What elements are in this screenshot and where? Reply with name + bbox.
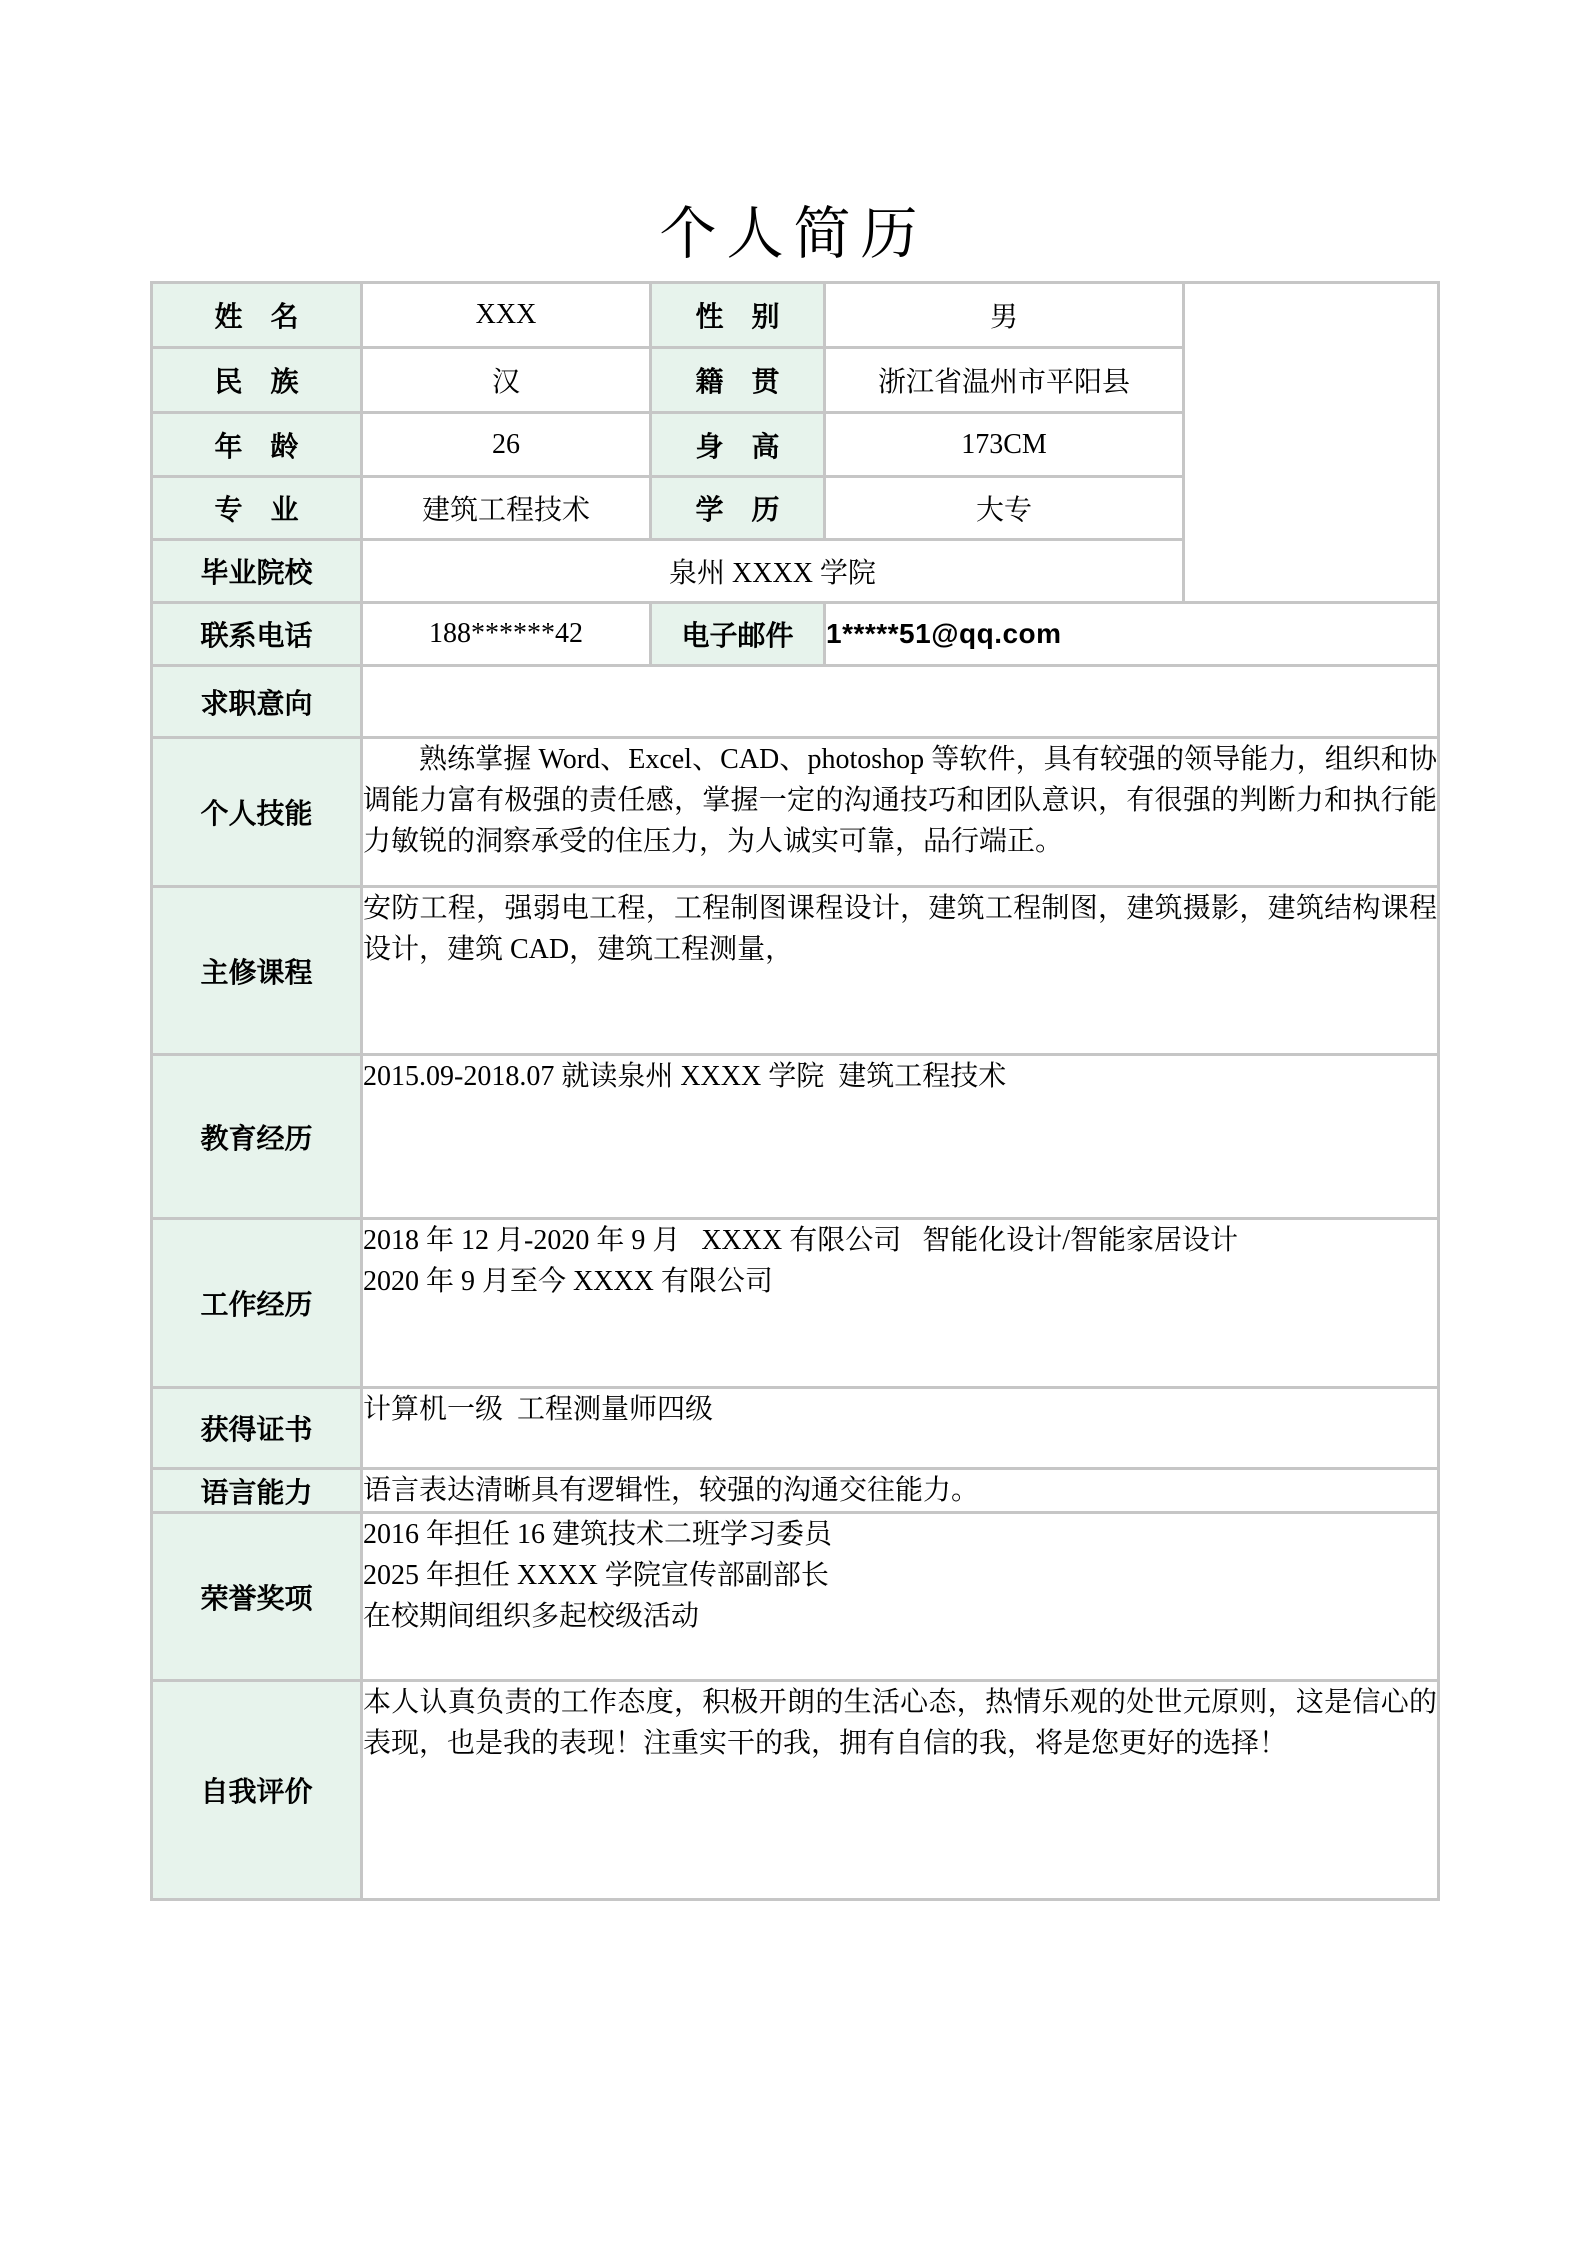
row-courses: 主修课程 安防工程，强弱电工程，工程制图课程设计，建筑工程制图，建筑摄影，建筑结… — [152, 887, 1439, 1055]
phone-label: 联系电话 — [152, 603, 362, 666]
resume-page: 个人简历 姓 名 XXX 性 别 男 民 族 汉 籍 贯 浙江省温州市平阳县 年… — [0, 0, 1587, 2245]
phone-value: 188******42 — [362, 603, 651, 666]
gender-value: 男 — [825, 283, 1184, 348]
email-value: 1*****51@qq.com — [825, 603, 1439, 666]
graduate-school-value: 泉州 XXXX 学院 — [362, 540, 1184, 603]
certificates-line: 计算机一级 工程测量师四级 — [363, 1389, 1437, 1430]
age-value: 26 — [362, 413, 651, 477]
work-line-2: 2020 年 9 月至今 XXXX 有限公司 — [363, 1261, 1437, 1302]
education-content: 2015.09-2018.07 就读泉州 XXXX 学院 建筑工程技术 — [362, 1055, 1439, 1219]
height-label: 身 高 — [651, 413, 825, 477]
education-level-label: 学 历 — [651, 477, 825, 540]
row-education: 教育经历 2015.09-2018.07 就读泉州 XXXX 学院 建筑工程技术 — [152, 1055, 1439, 1219]
major-label: 专 业 — [152, 477, 362, 540]
education-label: 教育经历 — [152, 1055, 362, 1219]
name-label: 姓 名 — [152, 283, 362, 348]
honors-line-1: 2016 年担任 16 建筑技术二班学习委员 — [363, 1514, 1437, 1555]
language-label: 语言能力 — [152, 1469, 362, 1513]
height-value: 173CM — [825, 413, 1184, 477]
work-line-1: 2018 年 12 月-2020 年 9 月 XXXX 有限公司 智能化设计/智… — [363, 1220, 1437, 1261]
graduate-school-label: 毕业院校 — [152, 540, 362, 603]
honors-line-3: 在校期间组织多起校级活动 — [363, 1596, 1437, 1637]
honors-label: 荣誉奖项 — [152, 1513, 362, 1681]
page-title: 个人简历 — [0, 188, 1587, 270]
row-skills: 个人技能 熟练掌握 Word、Excel、CAD、photoshop 等软件，具… — [152, 738, 1439, 887]
name-value: XXX — [362, 283, 651, 348]
self-evaluation-label: 自我评价 — [152, 1681, 362, 1900]
native-place-label: 籍 贯 — [651, 348, 825, 413]
ethnicity-label: 民 族 — [152, 348, 362, 413]
gender-label: 性 别 — [651, 283, 825, 348]
honors-content: 2016 年担任 16 建筑技术二班学习委员 2025 年担任 XXXX 学院宣… — [362, 1513, 1439, 1681]
row-phone-email: 联系电话 188******42 电子邮件 1*****51@qq.com — [152, 603, 1439, 666]
photo-placeholder-cell — [1184, 283, 1439, 603]
email-label: 电子邮件 — [651, 603, 825, 666]
language-content: 语言表达清晰具有逻辑性，较强的沟通交往能力。 — [362, 1469, 1439, 1513]
skills-paragraph: 熟练掌握 Word、Excel、CAD、photoshop 等软件，具有较强的领… — [363, 739, 1437, 862]
ethnicity-value: 汉 — [362, 348, 651, 413]
skills-label: 个人技能 — [152, 738, 362, 887]
row-honors: 荣誉奖项 2016 年担任 16 建筑技术二班学习委员 2025 年担任 XXX… — [152, 1513, 1439, 1681]
honors-line-2: 2025 年担任 XXXX 学院宣传部副部长 — [363, 1555, 1437, 1596]
courses-label: 主修课程 — [152, 887, 362, 1055]
courses-paragraph: 安防工程，强弱电工程，工程制图课程设计，建筑工程制图，建筑摄影，建筑结构课程设计… — [363, 888, 1437, 970]
certificates-content: 计算机一级 工程测量师四级 — [362, 1388, 1439, 1469]
row-language: 语言能力 语言表达清晰具有逻辑性，较强的沟通交往能力。 — [152, 1469, 1439, 1513]
major-value: 建筑工程技术 — [362, 477, 651, 540]
work-label: 工作经历 — [152, 1219, 362, 1388]
self-evaluation-paragraph: 本人认真负责的工作态度，积极开朗的生活心态，热情乐观的处世元原则，这是信心的表现… — [363, 1682, 1437, 1764]
education-line: 2015.09-2018.07 就读泉州 XXXX 学院 建筑工程技术 — [363, 1056, 1437, 1097]
self-evaluation-content: 本人认真负责的工作态度，积极开朗的生活心态，热情乐观的处世元原则，这是信心的表现… — [362, 1681, 1439, 1900]
row-work: 工作经历 2018 年 12 月-2020 年 9 月 XXXX 有限公司 智能… — [152, 1219, 1439, 1388]
row-name-gender: 姓 名 XXX 性 别 男 — [152, 283, 1439, 348]
resume-table: 姓 名 XXX 性 别 男 民 族 汉 籍 贯 浙江省温州市平阳县 年 龄 26… — [150, 281, 1440, 1901]
row-self-evaluation: 自我评价 本人认真负责的工作态度，积极开朗的生活心态，热情乐观的处世元原则，这是… — [152, 1681, 1439, 1900]
row-certificates: 获得证书 计算机一级 工程测量师四级 — [152, 1388, 1439, 1469]
work-content: 2018 年 12 月-2020 年 9 月 XXXX 有限公司 智能化设计/智… — [362, 1219, 1439, 1388]
native-place-value: 浙江省温州市平阳县 — [825, 348, 1184, 413]
job-intention-content — [362, 666, 1439, 738]
skills-content: 熟练掌握 Word、Excel、CAD、photoshop 等软件，具有较强的领… — [362, 738, 1439, 887]
row-job-intention: 求职意向 — [152, 666, 1439, 738]
job-intention-label: 求职意向 — [152, 666, 362, 738]
education-level-value: 大专 — [825, 477, 1184, 540]
age-label: 年 龄 — [152, 413, 362, 477]
certificates-label: 获得证书 — [152, 1388, 362, 1469]
courses-content: 安防工程，强弱电工程，工程制图课程设计，建筑工程制图，建筑摄影，建筑结构课程设计… — [362, 887, 1439, 1055]
